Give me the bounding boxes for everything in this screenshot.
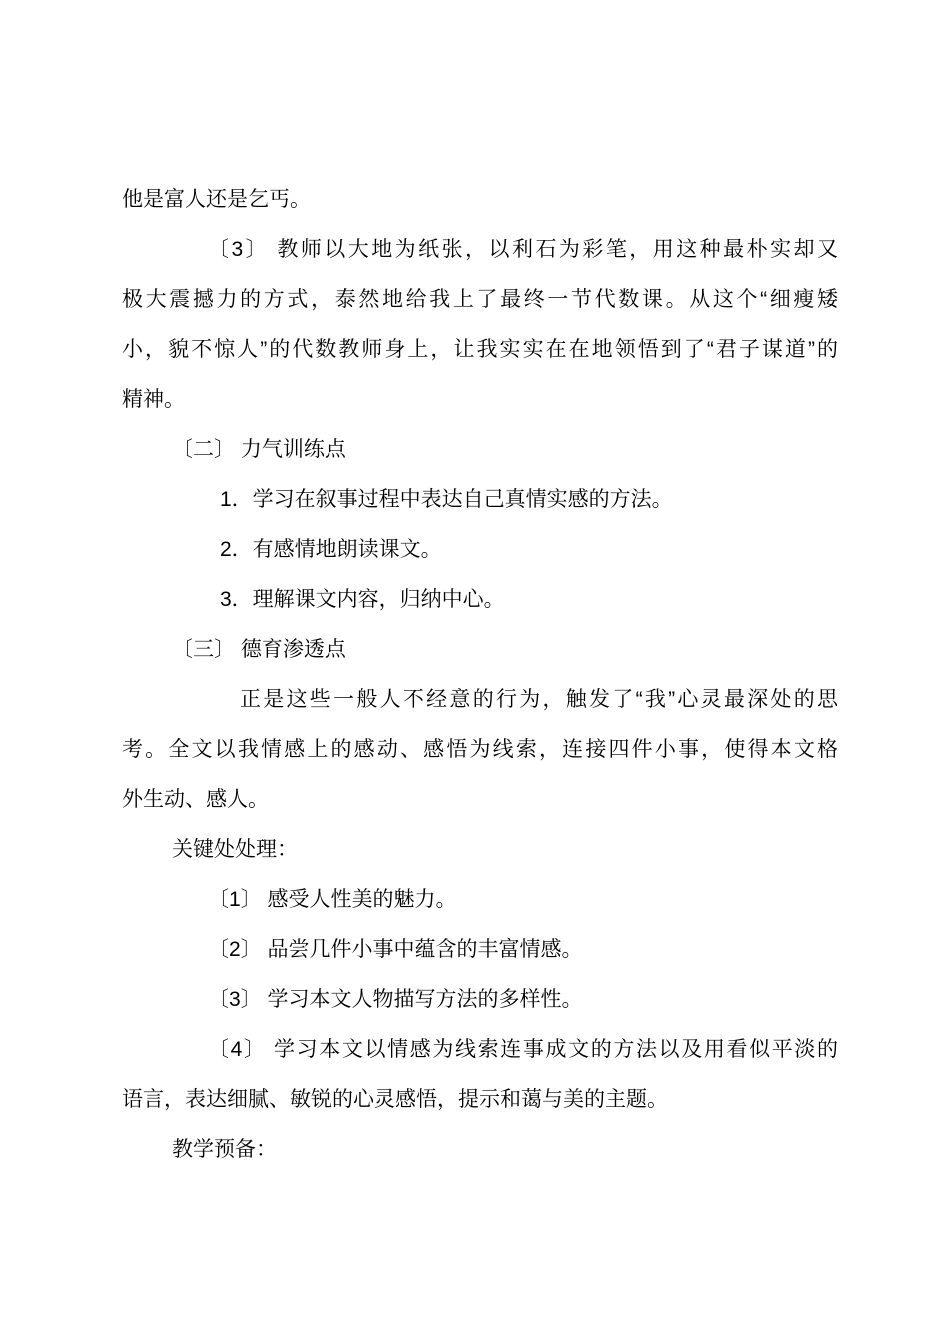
- para-item-3-line-3: 小，貌不惊人”的代数教师身上，让我实实在在地领悟到了“君子谋道”的: [122, 325, 838, 375]
- heading-moral-education-points: 〔三〕 德育渗透点: [122, 625, 838, 675]
- training-point-3: 3．理解课文内容，归纳中心。: [122, 575, 838, 625]
- heading-teaching-preparation: 教学预备：: [122, 1125, 838, 1175]
- para-analysis-line-1: 正是这些一般人不经意的行为，触发了“我”心灵最深处的思: [122, 675, 838, 725]
- para-analysis-line-3: 外生动、感人。: [122, 775, 838, 825]
- key-point-1: 〔1〕 感受人性美的魅力。: [122, 875, 838, 925]
- document-text-block: 他是富人还是乞丐。 〔3〕 教师以大地为纸张，以利石为彩笔，用这种最朴实却又 极…: [122, 175, 838, 1175]
- para-continuation-line: 他是富人还是乞丐。: [122, 175, 838, 225]
- document-page: 他是富人还是乞丐。 〔3〕 教师以大地为纸张，以利石为彩笔，用这种最朴实却又 极…: [0, 0, 950, 1344]
- training-point-1: 1．学习在叙事过程中表达自己真情实感的方法。: [122, 475, 838, 525]
- para-item-3-line-1: 〔3〕 教师以大地为纸张，以利石为彩笔，用这种最朴实却又: [122, 225, 838, 275]
- training-point-2: 2．有感情地朗读课文。: [122, 525, 838, 575]
- key-point-3: 〔3〕 学习本文人物描写方法的多样性。: [122, 975, 838, 1025]
- heading-key-points-handling: 关键处处理：: [122, 825, 838, 875]
- heading-ability-training-points: 〔二〕 力气训练点: [122, 425, 838, 475]
- key-point-4-line-2: 语言，表达细腻、敏锐的心灵感悟，提示和蔼与美的主题。: [122, 1075, 838, 1125]
- para-item-3-line-2: 极大震撼力的方式，泰然地给我上了最终一节代数课。从这个“细瘦矮: [122, 275, 838, 325]
- para-analysis-line-2: 考。全文以我情感上的感动、感悟为线索，连接四件小事，使得本文格: [122, 725, 838, 775]
- para-item-3-line-4: 精神。: [122, 375, 838, 425]
- key-point-2: 〔2〕 品尝几件小事中蕴含的丰富情感。: [122, 925, 838, 975]
- key-point-4-line-1: 〔4〕 学习本文以情感为线索连事成文的方法以及用看似平淡的: [122, 1025, 838, 1075]
